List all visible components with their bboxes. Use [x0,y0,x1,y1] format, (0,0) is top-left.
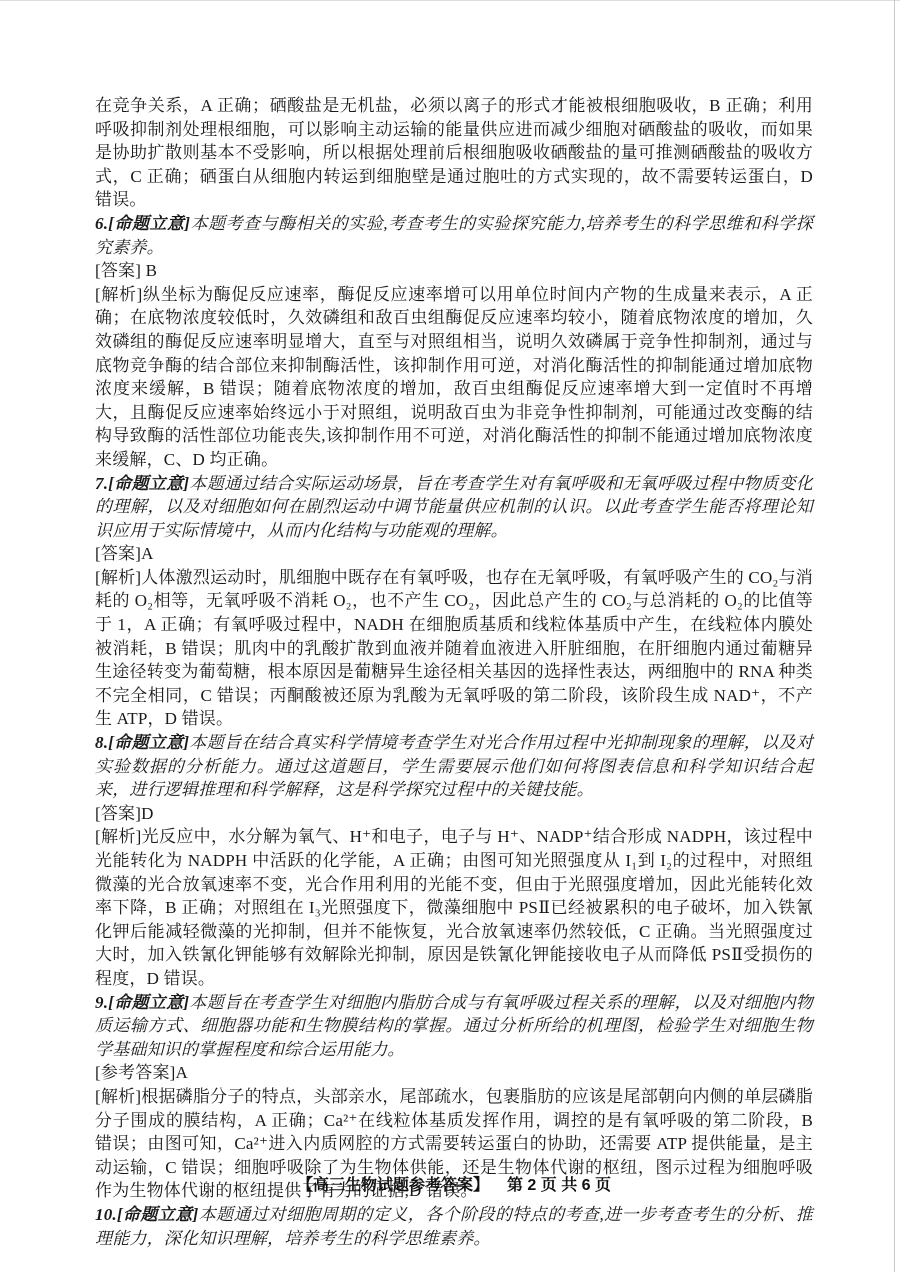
scan-edge-top [0,0,900,1]
question-7-answer: [答案]A [95,542,813,566]
footer-title: 【高三生物试题参考答案】 [297,1177,489,1194]
question-8-intent: 8.[命题立意]本题旨在结合真实科学情境考查学生对光合作用过程中光抑制现象的理解… [95,731,813,802]
intent-text: 本题旨在考查学生对细胞内脂肪合成与有氧呼吸过程关系的理解，以及对细胞内物质运输方… [95,993,813,1059]
question-number-label: 7.[命题立意] [95,474,189,493]
question-number-label: 6.[命题立意] [95,214,190,233]
answer-label: [答案] [95,804,141,823]
scan-edge-right [894,0,895,1272]
question-number-label: 9.[命题立意] [95,993,189,1012]
answer-value: A [176,1063,188,1082]
answer-label: [答案] [95,261,146,280]
page-footer: 【高三生物试题参考答案】第 2 页 共 6 页 [95,1172,813,1195]
question-7-intent: 7.[命题立意]本题通过结合实际运动场景，旨在考查学生对有氧呼吸和无氧呼吸过程中… [95,472,813,543]
question-8-analysis: [解析]光反应中，水分解为氧气、H⁺和电子，电子与 H⁺、NADP⁺结合形成 N… [95,825,813,990]
question-9-answer: [参考答案]A [95,1061,813,1085]
analysis-label: [解析] [95,1087,141,1106]
paragraph-text: 在竞争关系，A 正确；硒酸盐是无机盐，必须以离子的形式才能被根细胞吸收，B 正确… [95,96,813,209]
question-6-intent: 6.[命题立意]本题考查与酶相关的实验,考查考生的实验探究能力,培养考生的科学思… [95,212,813,259]
answer-value: B [146,261,158,280]
intent-text: 本题考查与酶相关的实验,考查考生的实验探究能力,培养考生的科学思维和科学探究素养… [95,214,813,257]
answer-key-page-body: 在竞争关系，A 正确；硒酸盐是无机盐，必须以离子的形式才能被根细胞吸收，B 正确… [95,94,813,1250]
question-number-label: 8.[命题立意] [95,733,189,752]
question-5-analysis-continued: 在竞争关系，A 正确；硒酸盐是无机盐，必须以离子的形式才能被根细胞吸收，B 正确… [95,94,813,212]
question-9-intent: 9.[命题立意]本题旨在考查学生对细胞内脂肪合成与有氧呼吸过程关系的理解，以及对… [95,991,813,1062]
question-8-answer: [答案]D [95,802,813,826]
footer-page-info: 第 2 页 共 6 页 [507,1177,611,1194]
analysis-text: 光反应中，水分解为氧气、H⁺和电子，电子与 H⁺、NADP⁺结合形成 NADPH… [95,827,813,988]
answer-label: [参考答案] [95,1063,176,1082]
analysis-text: 人体激烈运动时，肌细胞中既存在有氧呼吸，也存在无氧呼吸，有氧呼吸产生的 CO₂与… [95,568,813,729]
answer-label: [答案] [95,544,141,563]
intent-text: 本题通过对细胞周期的定义，各个阶段的特点的考查,进一步考查考生的分析、推理能力，… [95,1205,813,1248]
question-6-answer: [答案] B [95,259,813,283]
question-7-analysis: [解析]人体激烈运动时，肌细胞中既存在有氧呼吸，也存在无氧呼吸，有氧呼吸产生的 … [95,566,813,731]
analysis-label: [解析] [95,285,143,304]
intent-text: 本题通过结合实际运动场景，旨在考查学生对有氧呼吸和无氧呼吸过程中物质变化的理解，… [95,474,813,540]
analysis-label: [解析] [95,568,141,587]
intent-text: 本题旨在结合真实科学情境考查学生对光合作用过程中光抑制现象的理解，以及对实验数据… [95,733,813,799]
answer-value: D [141,804,153,823]
question-number-label: 10.[命题立意] [95,1205,199,1224]
answer-value: A [141,544,153,563]
question-6-analysis: [解析]纵坐标为酶促反应速率，酶促反应速率增可以用单位时间内产物的生成量来表示，… [95,283,813,472]
analysis-label: [解析] [95,827,142,846]
question-10-intent: 10.[命题立意]本题通过对细胞周期的定义，各个阶段的特点的考查,进一步考查考生… [95,1203,813,1250]
analysis-text: 纵坐标为酶促反应速率，酶促反应速率增可以用单位时间内产物的生成量来表示，A 正确… [95,285,813,469]
